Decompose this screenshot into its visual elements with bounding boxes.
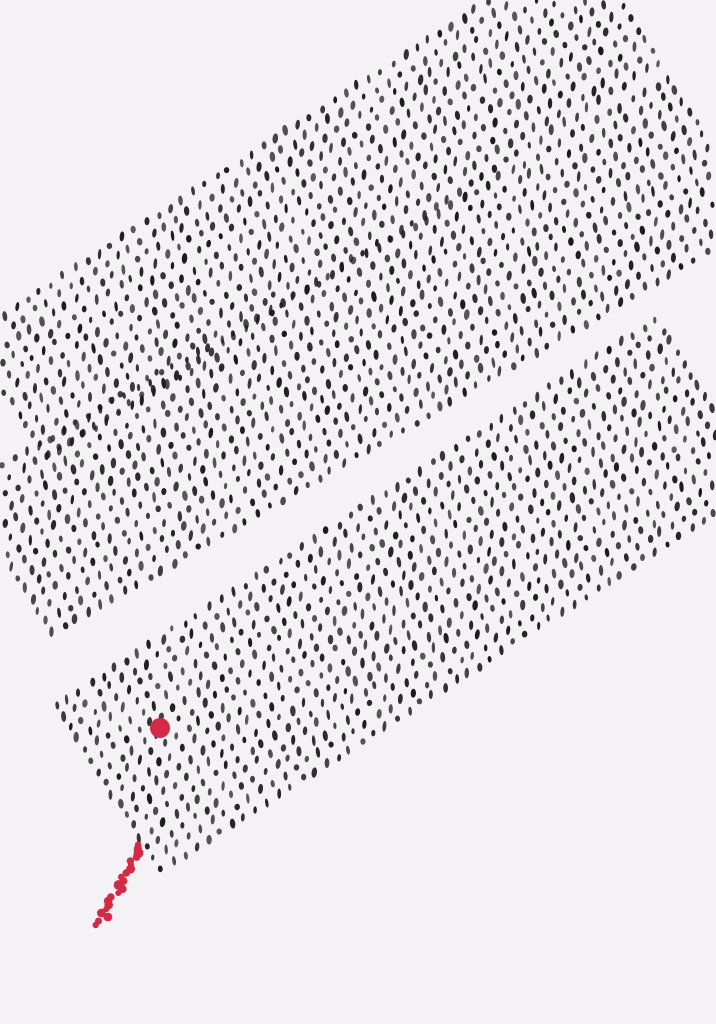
eye-icon — [150, 718, 170, 738]
snake-body-texture — [0, 0, 716, 872]
snake-drawing — [0, 0, 716, 1024]
